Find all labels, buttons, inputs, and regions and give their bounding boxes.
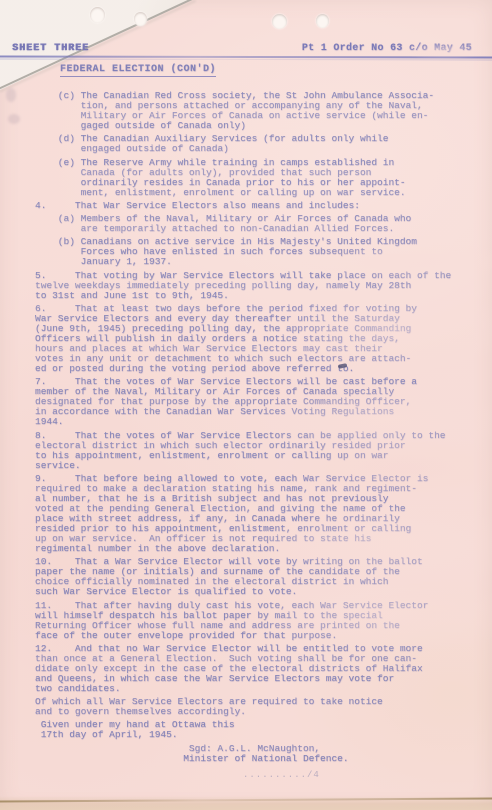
- text-line: choice officially nominated in the elect…: [35, 577, 488, 587]
- text-line: electoral district in which such elector…: [35, 441, 488, 451]
- text-line: and to govern themselves accordingly.: [35, 707, 488, 717]
- text-line: 11. That after having duly cast his vote…: [35, 601, 488, 611]
- text-line: are temporarily attached to non-Canadian…: [35, 224, 488, 234]
- text-line: engaged outside of Canada): [35, 144, 488, 154]
- text-line: ment, enlistment, enrolment or calling u…: [35, 188, 488, 198]
- text-line: [35, 471, 488, 474]
- text-line: to 31st and June 1st to 9th, 1945.: [35, 291, 488, 301]
- text-line: such War Service Elector is qualified to…: [35, 587, 488, 597]
- text-line: to his appointment, enlistment, enrolmen…: [35, 451, 488, 461]
- pencil-smudge: [8, 114, 20, 124]
- text-line: Returning Officer whose full name and ad…: [35, 621, 488, 631]
- text-line: [35, 131, 488, 134]
- text-line: in accordance with the Canadian War Serv…: [35, 407, 488, 417]
- text-line: didate only except in the case of the el…: [35, 664, 488, 674]
- text-line: Canada (for adults only), provided that …: [35, 168, 488, 178]
- section-title: FEDERAL ELECTION (CON'D): [60, 64, 216, 77]
- text-line: [35, 717, 488, 720]
- text-line: January 1, 1937.: [35, 257, 488, 267]
- text-line: 1944.: [35, 417, 488, 427]
- text-line: 4. That War Service Electors also means …: [35, 201, 488, 211]
- text-line: ed or posted during the voting period ab…: [35, 364, 488, 374]
- text-line: Minister of National Defence.: [35, 754, 488, 764]
- page-continuation-marker: ........../4: [243, 770, 320, 780]
- order-body: (c) The Canadian Red Cross society, the …: [35, 91, 488, 767]
- pencil-smudge: [6, 88, 16, 102]
- text-line: gaged outside of Canada only): [35, 121, 488, 131]
- text-line: voted at the pending General Election, a…: [35, 504, 488, 514]
- text-line: twelve weekdays immediately preceding po…: [35, 281, 488, 291]
- text-line: 17th day of April, 1945.: [35, 730, 488, 740]
- text-line: required to make a declaration stating h…: [35, 484, 488, 494]
- text-line: two candidates.: [35, 684, 488, 694]
- text-line: 6. That at least two days before the per…: [35, 304, 488, 314]
- text-line: [35, 267, 488, 270]
- order-reference: Pt 1 Order No 63 c/o May 45: [302, 43, 472, 57]
- text-line: [35, 764, 488, 767]
- text-line: votes in any unit or detachment to which…: [35, 354, 488, 364]
- text-line: Military or Air Forces of Canada on acti…: [35, 111, 488, 121]
- text-line: regimental number in the above declarati…: [35, 544, 488, 554]
- header-rule: [0, 55, 492, 58]
- text-line: up on war service. An officer is not req…: [35, 534, 488, 544]
- punch-hole: [272, 14, 287, 29]
- text-line: Sgd: A.G.L. McNaughton,: [35, 744, 488, 754]
- scanned-page: SHEET THREE Pt 1 Order No 63 c/o May 45 …: [0, 0, 492, 810]
- punch-hole: [134, 12, 147, 26]
- punch-hole: [90, 7, 105, 23]
- punch-hole: [316, 14, 329, 28]
- text-line: face of the outer envelope provided for …: [35, 631, 488, 641]
- page-bottom-edge: [0, 796, 492, 810]
- text-line: service.: [35, 461, 488, 471]
